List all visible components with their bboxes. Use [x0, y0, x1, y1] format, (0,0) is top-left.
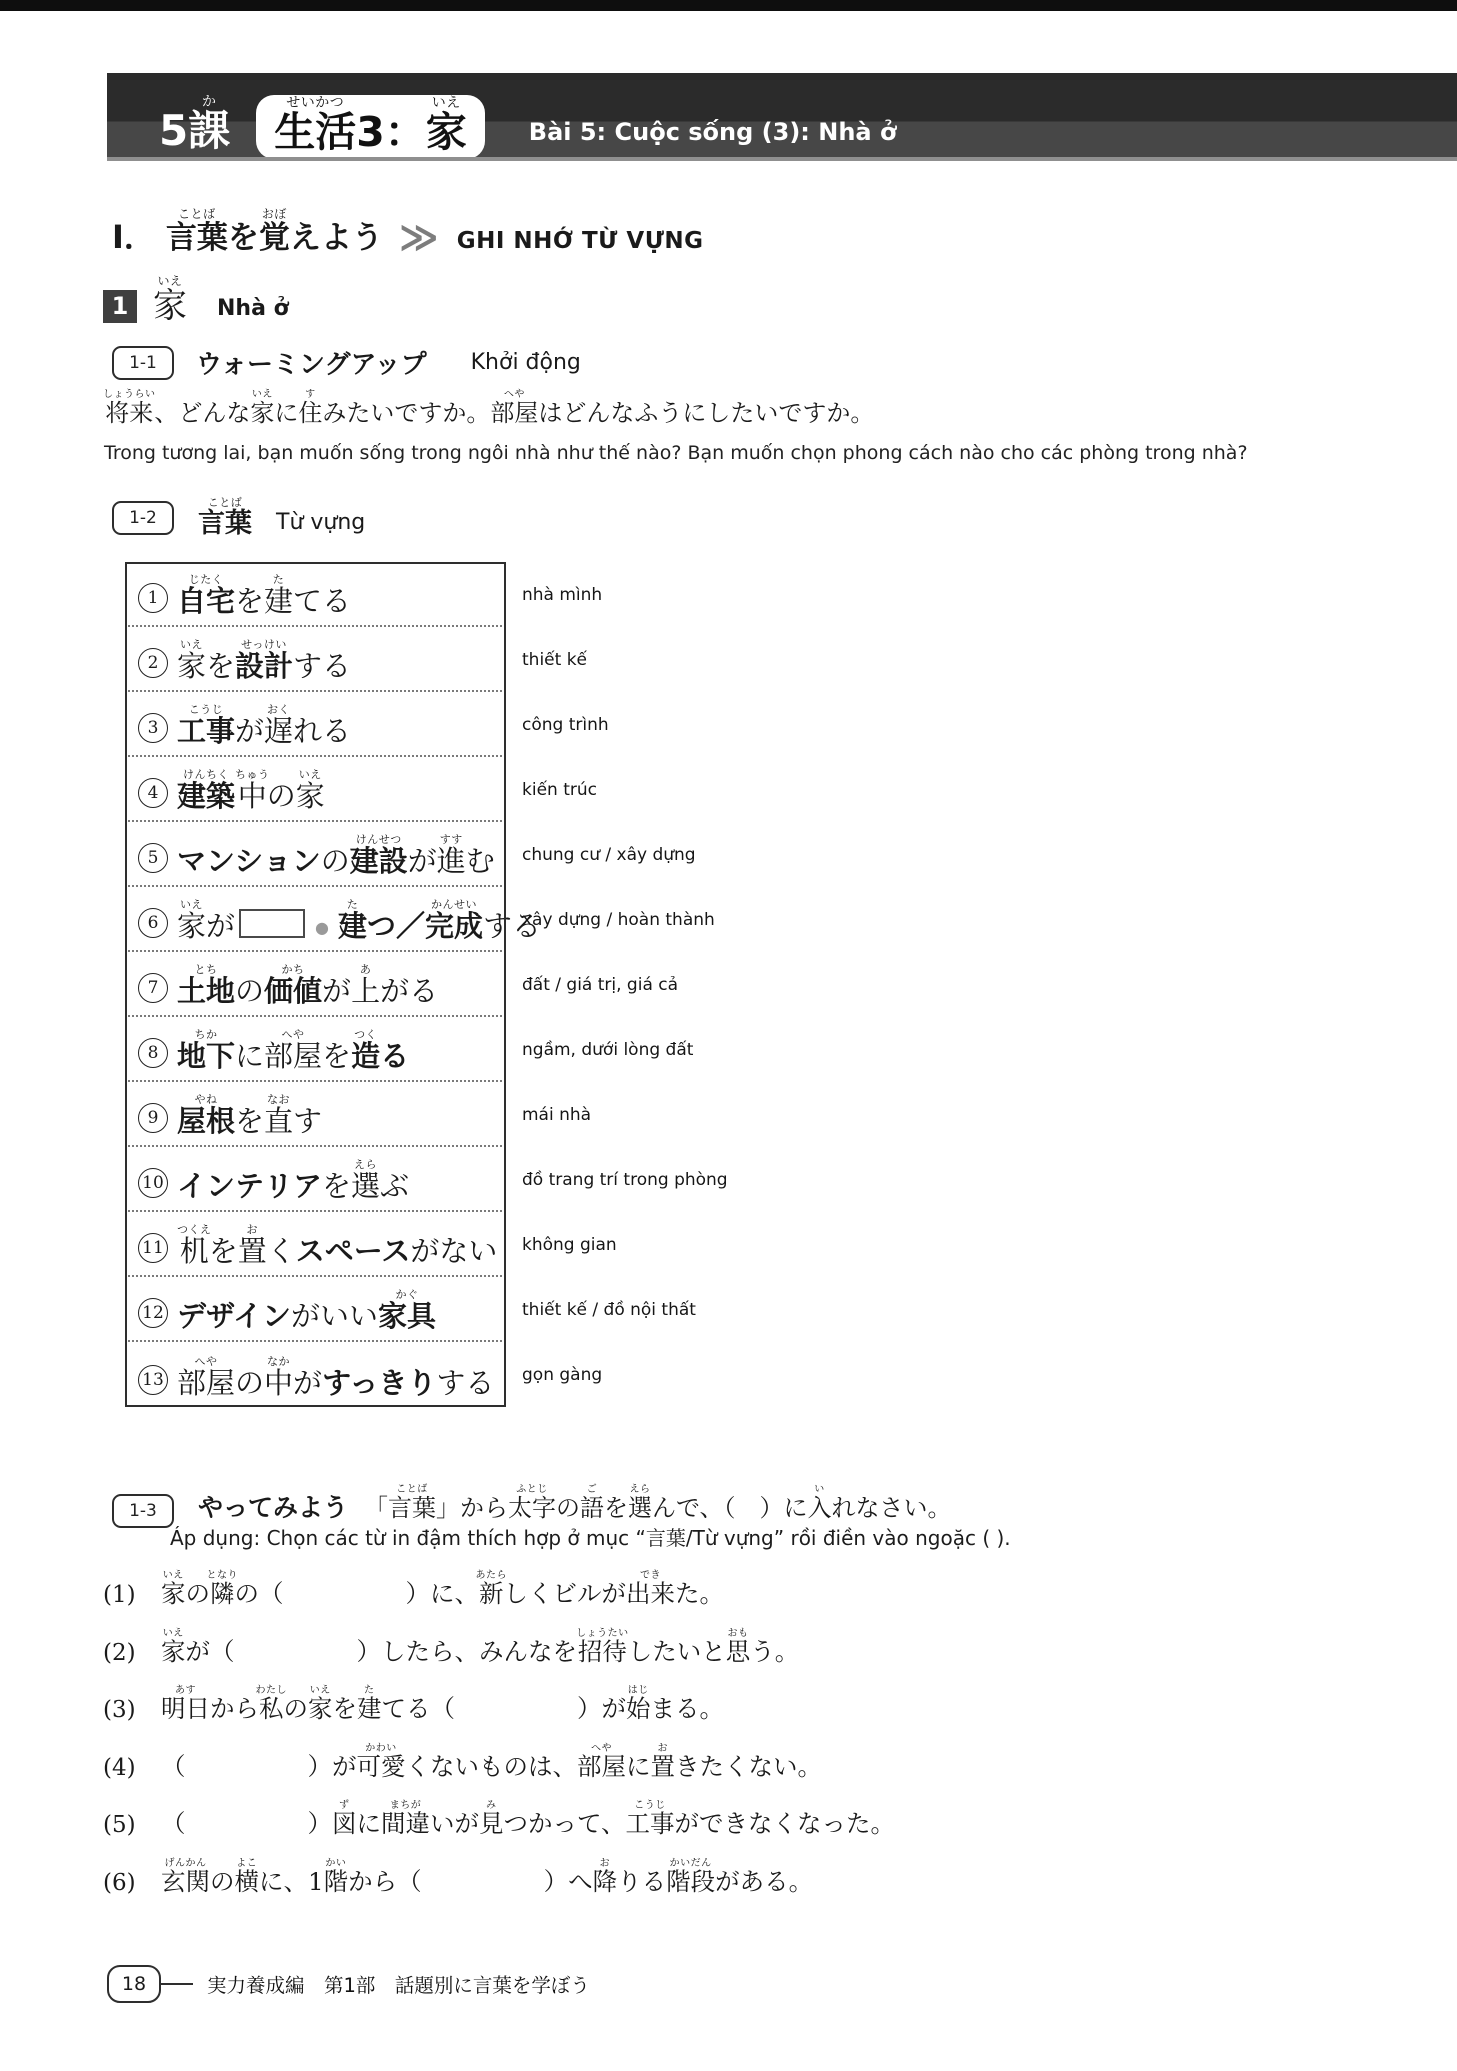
vocab-japanese-cell: 8 地下ちかに部屋へやを造つくる [125, 1017, 506, 1082]
vocab-japanese-cell: 4 建築けんちく中ちゅうの家いえ [125, 757, 506, 822]
vocab-vietnamese-translation: đồ trang trí trong phòng [506, 1147, 976, 1212]
warmup-title-japanese: ウォーミングアップ [196, 344, 427, 381]
exercise-item-number: (4) [103, 1755, 161, 1781]
fill-in-box [239, 909, 305, 938]
vocab-item-number: 3 [138, 713, 168, 743]
vocab-japanese-cell: 3 工事こうじが遅おくれる [125, 692, 506, 757]
exercise-item: (1) 家いえの隣となりの（）に、新あたらしくビルが出来できた。 [103, 1570, 895, 1628]
exercise-item-number: (6) [103, 1870, 161, 1896]
exercise-title-japanese: やってみよう [198, 1488, 348, 1524]
vocab-title-japanese: 言葉ことば [198, 496, 252, 538]
exercise-instruction-vietnamese: Áp dụng: Chọn các từ in đậm thích hợp ở … [170, 1522, 1011, 1551]
vocab-japanese-phrase: 工事こうじが遅おくれる [177, 703, 351, 746]
topic-title-japanese: 家いえ [153, 274, 187, 325]
vocab-vietnamese-translation: công trình [506, 692, 976, 757]
vocab-japanese-cell: 6 家いえが●建たつ／完成かんせいする [125, 887, 506, 952]
vocab-vietnamese-translation: không gian [506, 1212, 976, 1277]
exercise-item: (2) 家いえが（）したら、みんなを招待しょうたいしたいと思おもう。 [103, 1628, 895, 1686]
exercise-sentence-japanese: （）図ずに間違まちがいが見みつかって、工事こうじができなくなった。 [161, 1800, 895, 1837]
section-1-heading: Ⅰ． 言葉ことばを覚おぼえよう ≫ GHI NHỚ TỪ VỰNG [112, 207, 704, 258]
vocab-item-number: 5 [138, 843, 168, 873]
topic-heading: 1 家いえ Nhà ở [103, 274, 289, 325]
vocab-japanese-phrase: 部屋へやの中なかがすっきりする [177, 1355, 494, 1398]
vocab-vietnamese-translation: kiến trúc [506, 757, 976, 822]
vocab-japanese-phrase: 土地とちの価値かちが上あがる [177, 963, 438, 1006]
exercise-item: (3) 明日あすから私わたしの家いえを建たてる（）が始はじまる。 [103, 1685, 895, 1743]
footer-rule [161, 1983, 193, 1986]
exercise-sentence-japanese: 明日あすから私わたしの家いえを建たてる（）が始はじまる。 [161, 1685, 724, 1722]
vocab-item-number: 13 [138, 1365, 168, 1395]
vocab-japanese-cell: 10 インテリアを選えらぶ [125, 1147, 506, 1212]
tag-1-1: 1-1 [112, 346, 174, 380]
tag-1-2: 1-2 [112, 501, 174, 535]
chapter-header-bar: 5課か 生活せいかつ3：家いえ Bài 5: Cuộc sống (3): Nh… [107, 73, 1457, 157]
exercise-item-number: (1) [103, 1582, 161, 1608]
warmup-question-japanese: 将来しょうらい、どんな家いえに住すみたいですか。部屋へやはどんなふうにしたいです… [103, 389, 874, 426]
chapter-title-box: 生活せいかつ3：家いえ [256, 95, 485, 159]
vocab-japanese-cell: 12 デザインがいい家具かぐ [125, 1277, 506, 1342]
vocab-japanese-phrase: マンションの建設けんせつが進すすむ [177, 833, 495, 876]
vocab-item-number: 2 [138, 648, 168, 678]
vocab-heading: 1-2 言葉ことば Từ vựng [112, 496, 365, 538]
vocab-item-number: 9 [138, 1103, 168, 1133]
warmup-title-vietnamese: Khởi động [471, 350, 581, 375]
vocab-japanese-phrase: 家いえを設計せっけいする [177, 638, 351, 681]
vocab-title-vietnamese: Từ vựng [276, 510, 365, 538]
topic-title-vietnamese: Nhà ở [217, 296, 289, 325]
vocab-vietnamese-translation: xây dựng / hoàn thành [506, 887, 976, 952]
vocab-japanese-cell: 11 机つくえを置おくスペースがない [125, 1212, 506, 1277]
vocab-japanese-phrase: インテリアを選えらぶ [177, 1158, 409, 1201]
vocab-item-number: 7 [138, 973, 168, 1003]
vocab-japanese-phrase: 机つくえを置おくスペースがない [177, 1223, 497, 1266]
vocab-vietnamese-translation: đất / giá trị, giá cả [506, 952, 976, 1017]
vocab-vietnamese-translation: nhà mình [506, 562, 976, 627]
vocab-japanese-phrase: 家いえが●建たつ／完成かんせいする [177, 898, 541, 941]
lesson-number: 5課か [159, 94, 230, 152]
vocab-japanese-cell: 1 自宅じたくを建たてる [125, 562, 506, 627]
bullet-icon: ● [315, 918, 329, 937]
topic-number-badge: 1 [103, 290, 137, 323]
section-title-vietnamese: GHI NHỚ TỪ VỰNG [457, 228, 704, 254]
vocab-japanese-cell: 2 家いえを設計せっけいする [125, 627, 506, 692]
vocab-item-number: 1 [138, 583, 168, 613]
vocab-vietnamese-translation: thiết kế / đồ nội thất [506, 1277, 976, 1342]
vocab-item-number: 11 [138, 1233, 168, 1263]
chapter-subtitle-vietnamese: Bài 5: Cuộc sống (3): Nhà ở [529, 118, 897, 152]
exercise-sentence-japanese: （）が可愛かわいくないものは、部屋へやに置おきたくない。 [161, 1743, 822, 1780]
section-numeral: Ⅰ． [112, 212, 156, 258]
vocab-japanese-cell: 9 屋根やねを直なおす [125, 1082, 506, 1147]
warmup-heading: 1-1 ウォーミングアップ Khởi động [112, 344, 581, 381]
header-underline [107, 157, 1457, 161]
vocab-item-number: 10 [138, 1168, 168, 1198]
textbook-page: 5課か 生活せいかつ3：家いえ Bài 5: Cuộc sống (3): Nh… [0, 0, 1457, 2071]
section-title-japanese: 言葉ことばを覚おぼえよう [166, 207, 383, 255]
page-top-border [0, 0, 1457, 11]
exercise-item: (4) （）が可愛かわいくないものは、部屋へやに置おきたくない。 [103, 1743, 895, 1801]
tag-1-3: 1-3 [112, 1494, 174, 1528]
vocab-vietnamese-translation: chung cư / xây dựng [506, 822, 976, 887]
exercise-item: (6) 玄関げんかんの横よこに、1階かいから（）へ降おりる階段かいだんがある。 [103, 1858, 895, 1916]
exercise-sentence-japanese: 玄関げんかんの横よこに、1階かいから（）へ降おりる階段かいだんがある。 [161, 1858, 813, 1895]
exercise-item: (5) （）図ずに間違まちがいが見みつかって、工事こうじができなくなった。 [103, 1800, 895, 1858]
vocab-japanese-cell: 13 部屋へやの中なかがすっきりする [125, 1342, 506, 1407]
vocab-item-number: 6 [138, 908, 168, 938]
exercise-item-number: (5) [103, 1812, 161, 1838]
vocab-table: 1 自宅じたくを建たてる nhà mình 2 家いえを設計せっけいする thi… [125, 562, 976, 1407]
exercise-instruction-japanese: 「言葉ことば」から太字ふとじの語ごを選えらんで、（ ）に入いれなさい。 [364, 1484, 952, 1521]
exercise-sentence-japanese: 家いえが（）したら、みんなを招待しょうたいしたいと思おもう。 [161, 1628, 799, 1665]
exercise-sentence-japanese: 家いえの隣となりの（）に、新あたらしくビルが出来できた。 [161, 1570, 724, 1607]
warmup-question-vietnamese: Trong tương lai, bạn muốn sống trong ngô… [104, 442, 1248, 464]
vocab-japanese-cell: 5 マンションの建設けんせつが進すすむ [125, 822, 506, 887]
exercise-item-number: (3) [103, 1697, 161, 1723]
exercise-item-number: (2) [103, 1640, 161, 1666]
vocab-item-number: 4 [138, 778, 168, 808]
exercise-list: (1) 家いえの隣となりの（）に、新あたらしくビルが出来できた。 (2) 家いえ… [103, 1570, 895, 1915]
page-number: 18 [107, 1965, 161, 2003]
vocab-item-number: 12 [138, 1298, 168, 1328]
vocab-vietnamese-translation: mái nhà [506, 1082, 976, 1147]
vocab-vietnamese-translation: gọn gàng [506, 1342, 976, 1407]
vocab-japanese-phrase: 自宅じたくを建たてる [177, 573, 351, 616]
vocab-japanese-phrase: 地下ちかに部屋へやを造つくる [177, 1028, 409, 1071]
vocab-vietnamese-translation: ngầm, dưới lòng đất [506, 1017, 976, 1082]
vocab-japanese-phrase: デザインがいい家具かぐ [177, 1288, 436, 1331]
double-chevron-icon: ≫ [399, 215, 439, 259]
page-footer: 18 実力養成編 第1部 話題別に言葉を学ぼう [107, 1965, 590, 2003]
vocab-japanese-cell: 7 土地とちの価値かちが上あがる [125, 952, 506, 1017]
vocab-vietnamese-translation: thiết kế [506, 627, 976, 692]
vocab-japanese-phrase: 屋根やねを直なおす [177, 1093, 322, 1136]
footer-text: 実力養成編 第1部 話題別に言葉を学ぼう [207, 1970, 590, 1998]
vocab-japanese-phrase: 建築けんちく中ちゅうの家いえ [177, 768, 325, 811]
vocab-item-number: 8 [138, 1038, 168, 1068]
